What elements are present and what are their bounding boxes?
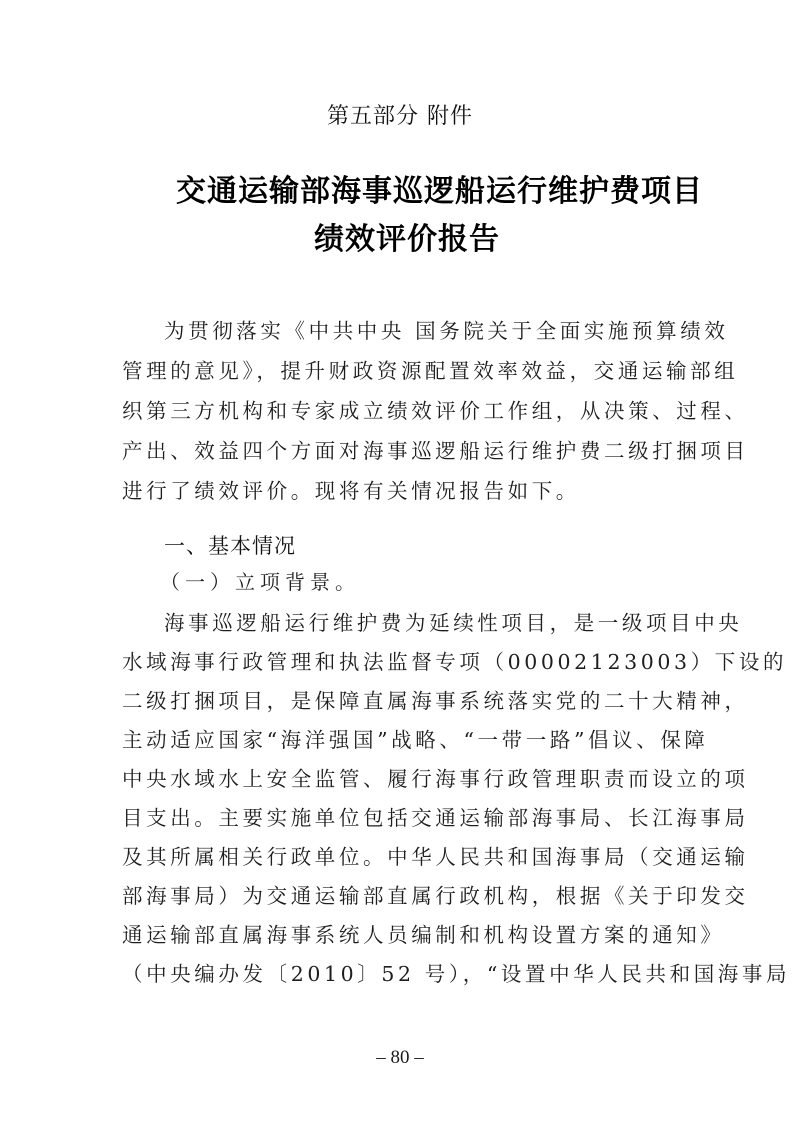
intro-line-2: 管理的意见》，提升财政资源配置效率效益，交通运输部组: [122, 357, 680, 385]
intro-line-3: 织第三方机构和专家成立绩效评价工作组，从决策、过程、: [122, 397, 680, 425]
intro-line-5: 进行了绩效评价。现将有关情况报告如下。: [122, 477, 680, 505]
background-line-2: 水域海事行政管理和执法监督专项（00002123003）下设的: [122, 648, 680, 676]
intro-line-1: 为贯彻落实《中共中央 国务院关于全面实施预算绩效: [164, 317, 680, 345]
intro-line-4: 产出、效益四个方面对海事巡逻船运行维护费二级打捆项目: [122, 437, 680, 465]
background-line-3: 二级打捆项目，是保障直属海事系统落实党的二十大精神，: [122, 687, 680, 715]
section-heading-basic-info: 一、基本情况: [164, 532, 296, 560]
background-line-9: 通运输部直属海事系统人员编制和机构设置方案的通知》: [122, 921, 680, 949]
background-line-1: 海事巡逻船运行维护费为延续性项目，是一级项目中央: [164, 609, 680, 637]
document-page: 第五部分 附件 交通运输部海事巡逻船运行维护费项目 绩效评价报告 为贯彻落实《中…: [0, 0, 800, 1131]
background-line-7: 及其所属相关行政单位。中华人民共和国海事局（交通运输: [122, 843, 680, 871]
report-title-line-2: 绩效评价报告: [314, 220, 500, 260]
background-line-6: 目支出。主要实施单位包括交通运输部海事局、长江海事局: [122, 804, 680, 832]
part-title: 第五部分 附件: [0, 102, 800, 132]
background-line-8: 部海事局）为交通运输部直属行政机构，根据《关于印发交: [122, 882, 680, 910]
background-line-4: 主动适应国家“海洋强国”战略、“一带一路”倡议、保障: [122, 726, 680, 754]
background-line-5: 中央水域水上安全监管、履行海事行政管理职责而设立的项: [122, 765, 680, 793]
report-title-line-1: 交通运输部海事巡逻船运行维护费项目: [176, 172, 703, 212]
subsection-heading-background: （一）立项背景。: [160, 568, 360, 596]
background-line-10: （中央编办发〔2010〕52 号），“设置中华人民共和国海事局: [122, 960, 680, 988]
page-number: – 80 –: [0, 1046, 800, 1070]
